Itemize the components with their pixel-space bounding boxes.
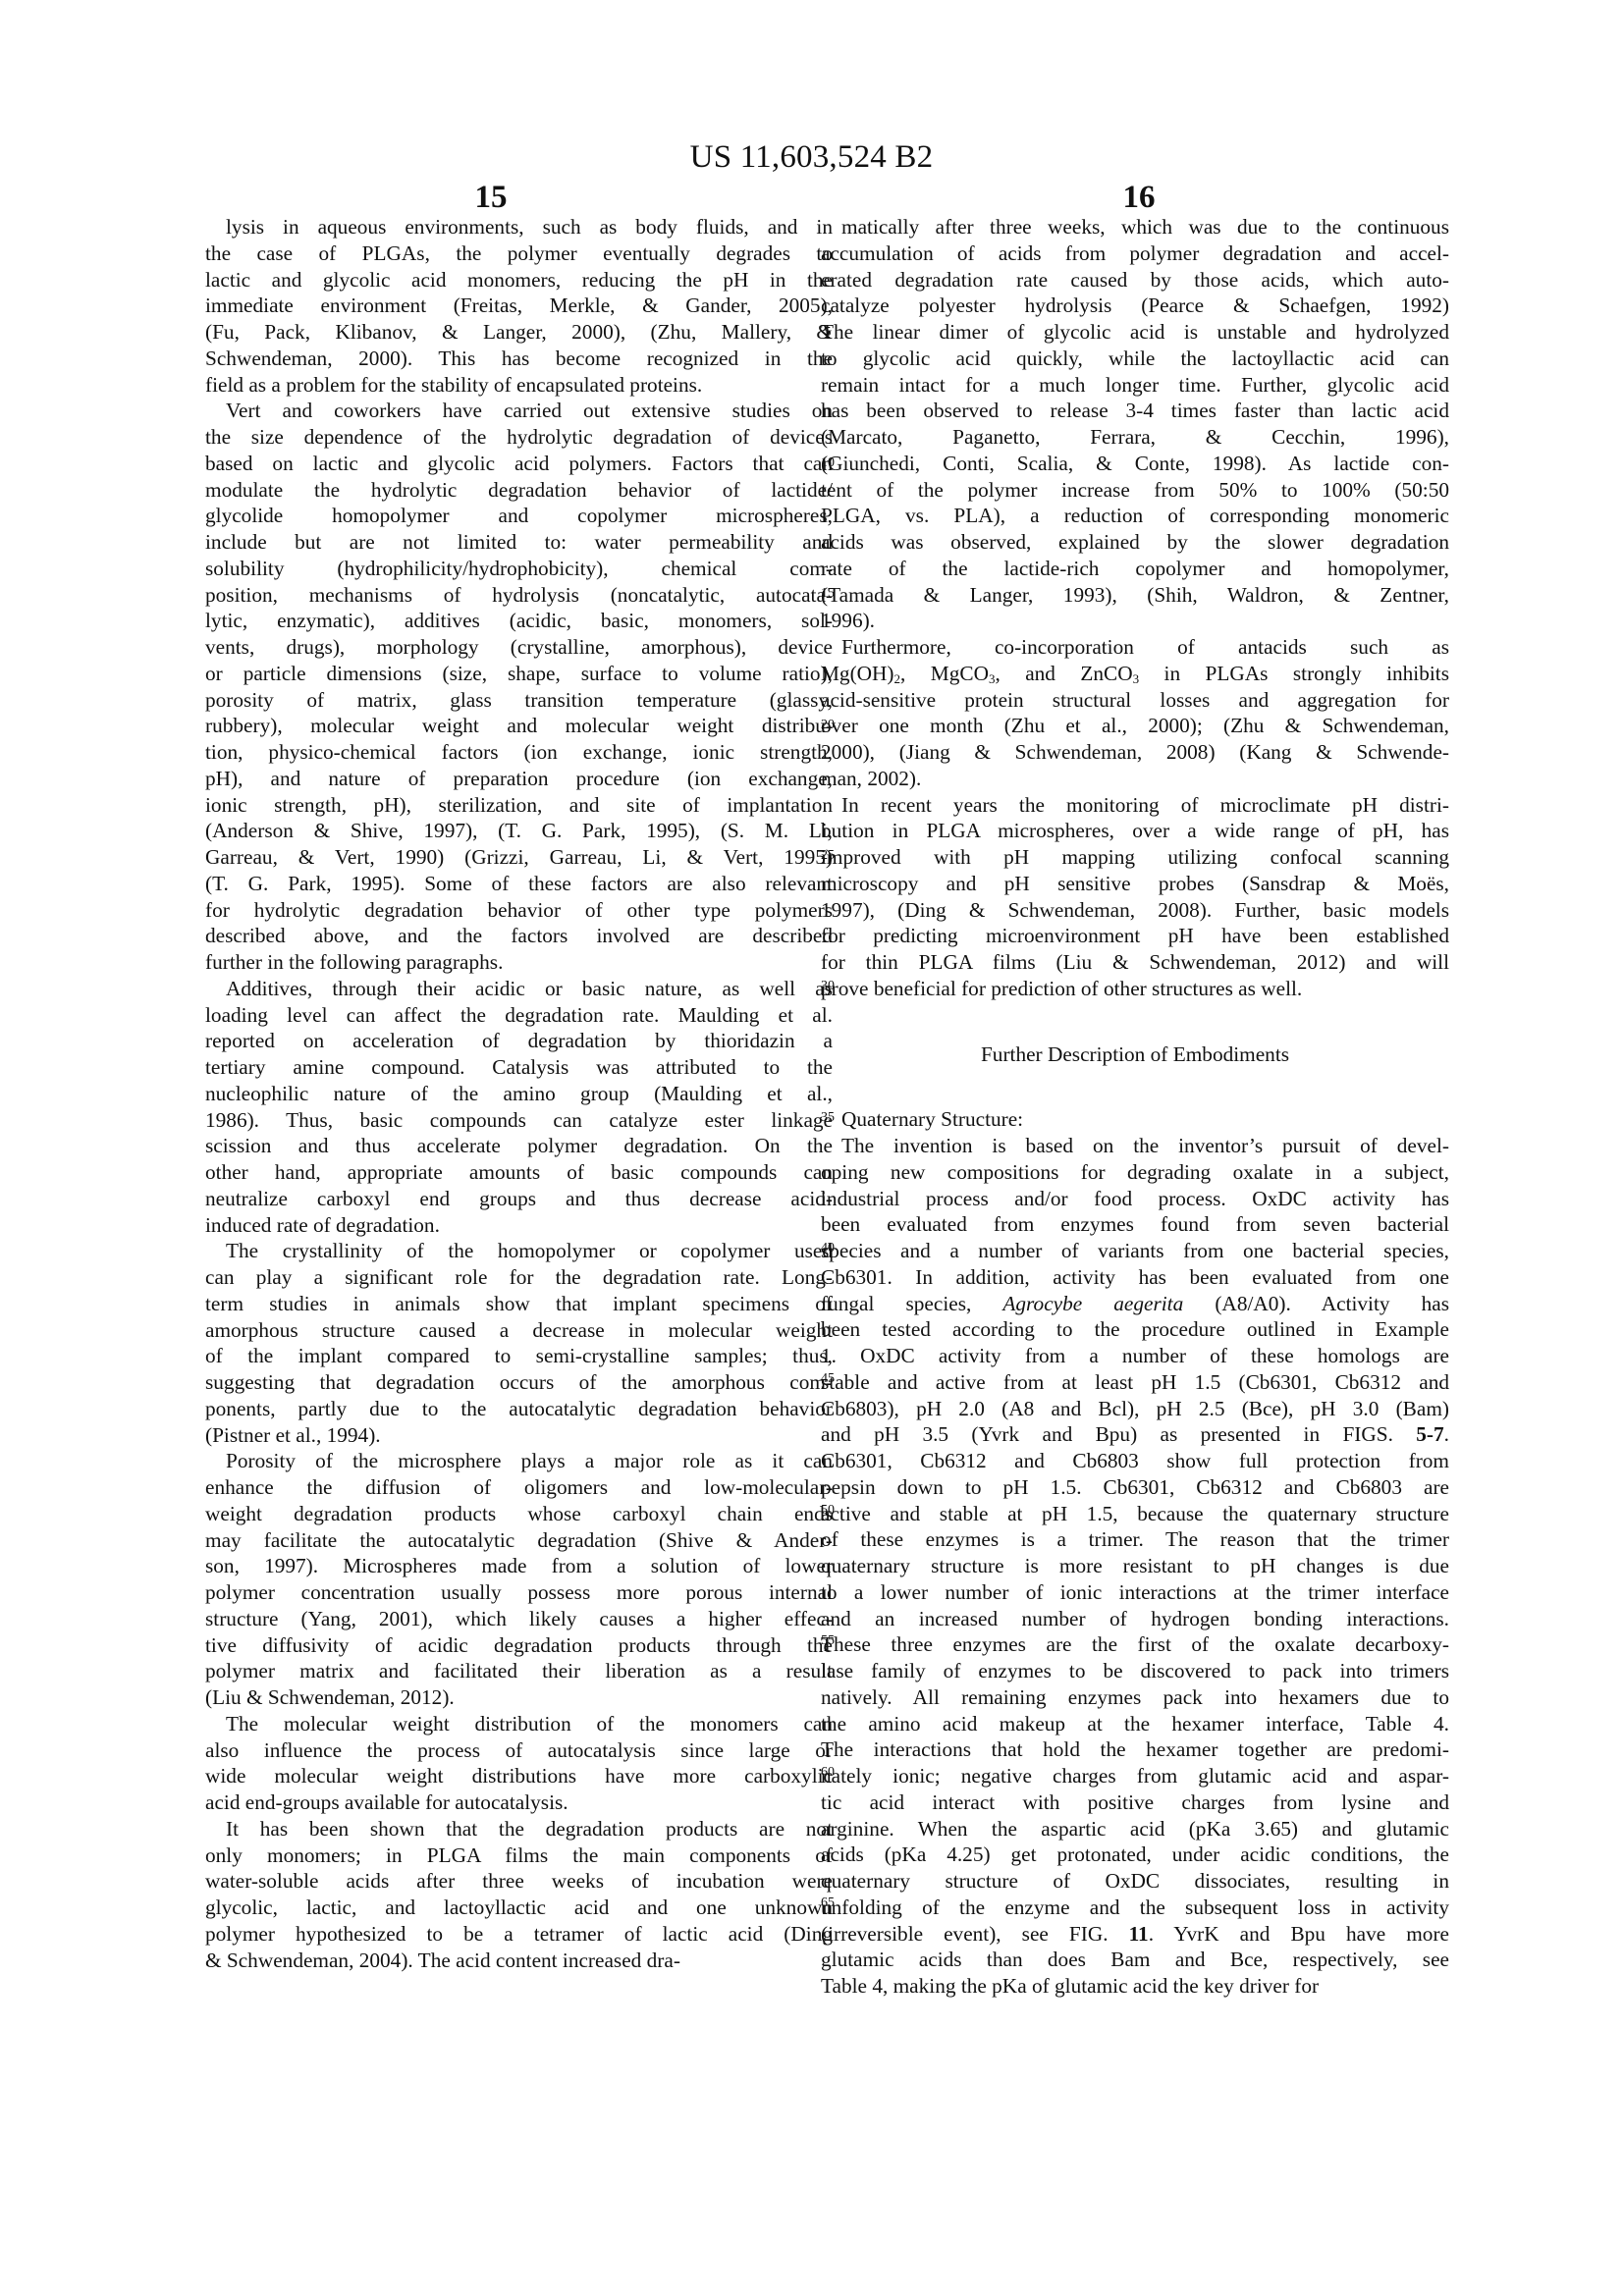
text-line: described above, and the factors involve… <box>205 923 833 949</box>
text-line: The molecular weight distribution of the… <box>205 1711 833 1737</box>
text-line: vents, drugs), morphology (crystalline, … <box>205 634 833 661</box>
paragraph: It has been shown that the degradation p… <box>205 1816 833 1974</box>
text-line: (irreversible event), see FIG. 11. YvrK … <box>821 1921 1449 1948</box>
text-line: over one month (Zhu et al., 2000); (Zhu … <box>821 713 1449 739</box>
paragraph: The invention is based on the inventor’s… <box>821 1133 1449 2000</box>
text-line: reported on acceleration of degradation … <box>205 1028 833 1054</box>
text-line: structure (Yang, 2001), which likely cau… <box>205 1606 833 1632</box>
text-line: pH), and nature of preparation procedure… <box>205 766 833 792</box>
text-line: Schwendeman, 2000). This has become reco… <box>205 346 833 372</box>
text-line: acids was observed, explained by the slo… <box>821 529 1449 556</box>
text-line: fungal species, Agrocybe aegerita (A8/A0… <box>821 1291 1449 1317</box>
text-line: remain intact for a much longer time. Fu… <box>821 372 1449 399</box>
text-line: (Marcato, Paganetto, Ferrara, & Cecchin,… <box>821 424 1449 451</box>
text-line: (Pistner et al., 1994). <box>205 1422 833 1449</box>
text-line: the amino acid makeup at the hexamer int… <box>821 1711 1449 1737</box>
text-line: The crystallinity of the homopolymer or … <box>205 1238 833 1264</box>
text-line: Vert and coworkers have carried out exte… <box>205 398 833 424</box>
text-line: erated degradation rate caused by those … <box>821 267 1449 294</box>
text-line: term studies in animals show that implan… <box>205 1291 833 1317</box>
text-line: microscopy and pH sensitive probes (Sans… <box>821 871 1449 897</box>
text-line: enhance the diffusion of oligomers and l… <box>205 1474 833 1501</box>
text-line: solubility (hydrophilicity/hydrophobicit… <box>205 556 833 582</box>
text-line: Furthermore, co-incorporation of antacid… <box>821 634 1449 661</box>
text-line: tertiary amine compound. Catalysis was a… <box>205 1054 833 1081</box>
text-line: lysis in aqueous environments, such as b… <box>205 214 833 240</box>
paragraph: matically after three weeks, which was d… <box>821 214 1449 634</box>
text-line: nately ionic; negative charges from glut… <box>821 1763 1449 1789</box>
text-line: 1. OxDC activity from a number of these … <box>821 1343 1449 1369</box>
text-line: field as a problem for the stability of … <box>205 372 833 399</box>
spacer <box>821 1002 1449 1041</box>
text-line: rate of the lactide-rich copolymer and h… <box>821 556 1449 582</box>
text-line: (Liu & Schwendeman, 2012). <box>205 1684 833 1711</box>
text-line: tent of the polymer increase from 50% to… <box>821 477 1449 504</box>
text-line: to glycolic acid quickly, while the lact… <box>821 346 1449 372</box>
text-line: oping new compositions for degrading oxa… <box>821 1159 1449 1186</box>
text-line: stable and active from at least pH 1.5 (… <box>821 1369 1449 1396</box>
text-line: polymer matrix and facilitated their lib… <box>205 1658 833 1684</box>
text-line: acid end-groups available for autocataly… <box>205 1789 833 1816</box>
text-line: glycolide homopolymer and copolymer micr… <box>205 503 833 529</box>
text-line: Garreau, & Vert, 1990) (Grizzi, Garreau,… <box>205 844 833 871</box>
text-line: species and a number of variants from on… <box>821 1238 1449 1264</box>
text-line: industrial process and/or food process. … <box>821 1186 1449 1212</box>
text-line: son, 1997). Microspheres made from a sol… <box>205 1553 833 1579</box>
text-line: porosity of matrix, glass transition tem… <box>205 687 833 714</box>
text-line: 1997), (Ding & Schwendeman, 2008). Furth… <box>821 897 1449 924</box>
text-line: scission and thus accelerate polymer deg… <box>205 1133 833 1159</box>
text-line: polymer concentration usually possess mo… <box>205 1579 833 1606</box>
text-line: can play a significant role for the degr… <box>205 1264 833 1291</box>
paragraph: Vert and coworkers have carried out exte… <box>205 398 833 976</box>
text-line: man, 2002). <box>821 766 1449 792</box>
text-line: The invention is based on the inventor’s… <box>821 1133 1449 1159</box>
text-line: been evaluated from enzymes found from s… <box>821 1211 1449 1238</box>
text-line: for hydrolytic degradation behavior of o… <box>205 897 833 924</box>
paragraph: The molecular weight distribution of the… <box>205 1711 833 1816</box>
spacer <box>821 1067 1449 1106</box>
text-line: improved with pH mapping utilizing confo… <box>821 844 1449 871</box>
text-line: other hand, appropriate amounts of basic… <box>205 1159 833 1186</box>
text-line: amorphous structure caused a decrease in… <box>205 1317 833 1344</box>
text-line: (Giunchedi, Conti, Scalia, & Conte, 1998… <box>821 451 1449 477</box>
text-line: weight degradation products whose carbox… <box>205 1501 833 1527</box>
text-line: to a lower number of ionic interactions … <box>821 1579 1449 1606</box>
text-line: induced rate of degradation. <box>205 1212 833 1239</box>
text-line: accumulation of acids from polymer degra… <box>821 240 1449 267</box>
text-line: Porosity of the microsphere plays a majo… <box>205 1448 833 1474</box>
column-number-left: 15 <box>461 180 520 216</box>
text-line: for predicting microenvironment pH have … <box>821 923 1449 949</box>
section-heading: Further Description of Embodiments <box>821 1041 1449 1068</box>
subheading: Quaternary Structure: <box>821 1106 1449 1133</box>
text-line: suggesting that degradation occurs of th… <box>205 1369 833 1396</box>
text-line: loading level can affect the degradation… <box>205 1002 833 1029</box>
text-line: the size dependence of the hydrolytic de… <box>205 424 833 451</box>
text-line: and pH 3.5 (Yvrk and Bpu) as presented i… <box>821 1421 1449 1448</box>
text-line: The linear dimer of glycolic acid is uns… <box>821 319 1449 346</box>
left-text-column: lysis in aqueous environments, such as b… <box>205 214 833 1973</box>
patent-number: US 11,603,524 B2 <box>0 139 1623 176</box>
text-line: natively. All remaining enzymes pack int… <box>821 1684 1449 1711</box>
text-line: & Schwendeman, 2004). The acid content i… <box>205 1948 833 1974</box>
text-line: quaternary structure of OxDC dissociates… <box>821 1868 1449 1895</box>
text-line: It has been shown that the degradation p… <box>205 1816 833 1842</box>
text-line: lactic and glycolic acid monomers, reduc… <box>205 267 833 294</box>
text-line: been tested according to the procedure o… <box>821 1316 1449 1343</box>
text-line: Mg(OH)2, MgCO3, and ZnCO3 in PLGAs stron… <box>821 661 1449 687</box>
text-line: position, mechanisms of hydrolysis (nonc… <box>205 582 833 609</box>
text-line: active and stable at pH 1.5, because the… <box>821 1501 1449 1527</box>
text-line: glycolic, lactic, and lactoyllactic acid… <box>205 1895 833 1921</box>
text-line: ionic strength, pH), sterilization, and … <box>205 792 833 819</box>
text-line: neutralize carboxyl end groups and thus … <box>205 1186 833 1212</box>
text-line: Cb6301, Cb6312 and Cb6803 show full prot… <box>821 1448 1449 1474</box>
column-number-right: 16 <box>1109 180 1168 216</box>
text-line: (Fu, Pack, Klibanov, & Langer, 2000), (Z… <box>205 319 833 346</box>
paragraph: The crystallinity of the homopolymer or … <box>205 1238 833 1448</box>
text-line: 2000), (Jiang & Schwendeman, 2008) (Kang… <box>821 739 1449 766</box>
paragraph: lysis in aqueous environments, such as b… <box>205 214 833 398</box>
text-line: acids (pKa 4.25) get protonated, under a… <box>821 1842 1449 1868</box>
text-line: lytic, enzymatic), additives (acidic, ba… <box>205 608 833 634</box>
text-line: only monomers; in PLGA films the main co… <box>205 1842 833 1869</box>
paragraph: Furthermore, co-incorporation of antacid… <box>821 634 1449 792</box>
text-line: modulate the hydrolytic degradation beha… <box>205 477 833 504</box>
text-line: wide molecular weight distributions have… <box>205 1763 833 1789</box>
text-line: of the implant compared to semi-crystall… <box>205 1343 833 1369</box>
text-line: matically after three weeks, which was d… <box>821 214 1449 240</box>
paragraph: Porosity of the microsphere plays a majo… <box>205 1448 833 1711</box>
text-line: (T. G. Park, 1995). Some of these factor… <box>205 871 833 897</box>
text-line: nucleophilic nature of the amino group (… <box>205 1081 833 1107</box>
text-line: also influence the process of autocataly… <box>205 1737 833 1764</box>
text-line: has been observed to release 3-4 times f… <box>821 398 1449 424</box>
text-line: the case of PLGAs, the polymer eventuall… <box>205 240 833 267</box>
text-line: lase family of enzymes to be discovered … <box>821 1658 1449 1684</box>
text-line: Cb6803), pH 2.0 (A8 and Bcl), pH 2.5 (Bc… <box>821 1396 1449 1422</box>
text-line: pepsin down to pH 1.5. Cb6301, Cb6312 an… <box>821 1474 1449 1501</box>
text-line: may facilitate the autocatalytic degrada… <box>205 1527 833 1554</box>
text-line: quaternary structure is more resistant t… <box>821 1553 1449 1579</box>
text-line: The interactions that hold the hexamer t… <box>821 1736 1449 1763</box>
text-line: bution in PLGA microspheres, over a wide… <box>821 818 1449 844</box>
right-text-column: matically after three weeks, which was d… <box>821 214 1449 2000</box>
text-line: 1996). <box>821 608 1449 634</box>
text-line: catalyze polyester hydrolysis (Pearce & … <box>821 293 1449 319</box>
text-line: Cb6301. In addition, activity has been e… <box>821 1264 1449 1291</box>
paragraph: Additives, through their acidic or basic… <box>205 976 833 1239</box>
text-line: based on lactic and glycolic acid polyme… <box>205 451 833 477</box>
text-line: include but are not limited to: water pe… <box>205 529 833 556</box>
text-line: tic acid interact with positive charges … <box>821 1789 1449 1816</box>
text-line: or particle dimensions (size, shape, sur… <box>205 661 833 687</box>
text-line: glutamic acids than does Bam and Bce, re… <box>821 1947 1449 1973</box>
text-line: tion, physico-chemical factors (ion exch… <box>205 739 833 766</box>
text-line: arginine. When the aspartic acid (pKa 3.… <box>821 1816 1449 1842</box>
text-line: and an increased number of hydrogen bond… <box>821 1606 1449 1632</box>
text-line: tive diffusivity of acidic degradation p… <box>205 1632 833 1659</box>
text-line: In recent years the monitoring of microc… <box>821 792 1449 819</box>
text-line: Table 4, making the pKa of glutamic acid… <box>821 1973 1449 2000</box>
text-line: These three enzymes are the first of the… <box>821 1631 1449 1658</box>
text-line: immediate environment (Freitas, Merkle, … <box>205 293 833 319</box>
text-line: Additives, through their acidic or basic… <box>205 976 833 1002</box>
text-line: (Anderson & Shive, 1997), (T. G. Park, 1… <box>205 818 833 844</box>
text-line: rubbery), molecular weight and molecular… <box>205 713 833 739</box>
text-line: (Tamada & Langer, 1993), (Shih, Waldron,… <box>821 582 1449 609</box>
text-line: ponents, partly due to the autocatalytic… <box>205 1396 833 1422</box>
text-line: water-soluble acids after three weeks of… <box>205 1868 833 1895</box>
text-line: prove beneficial for prediction of other… <box>821 976 1449 1002</box>
text-line: acid-sensitive protein structural losses… <box>821 687 1449 714</box>
text-line: further in the following paragraphs. <box>205 949 833 976</box>
paragraph: In recent years the monitoring of microc… <box>821 792 1449 1002</box>
text-line: polymer hypothesized to be a tetramer of… <box>205 1921 833 1948</box>
text-line: for thin PLGA films (Liu & Schwendeman, … <box>821 949 1449 976</box>
text-line: unfolding of the enzyme and the subseque… <box>821 1895 1449 1921</box>
text-line: 1986). Thus, basic compounds can catalyz… <box>205 1107 833 1134</box>
text-line: of these enzymes is a trimer. The reason… <box>821 1526 1449 1553</box>
text-line: PLGA, vs. PLA), a reduction of correspon… <box>821 503 1449 529</box>
